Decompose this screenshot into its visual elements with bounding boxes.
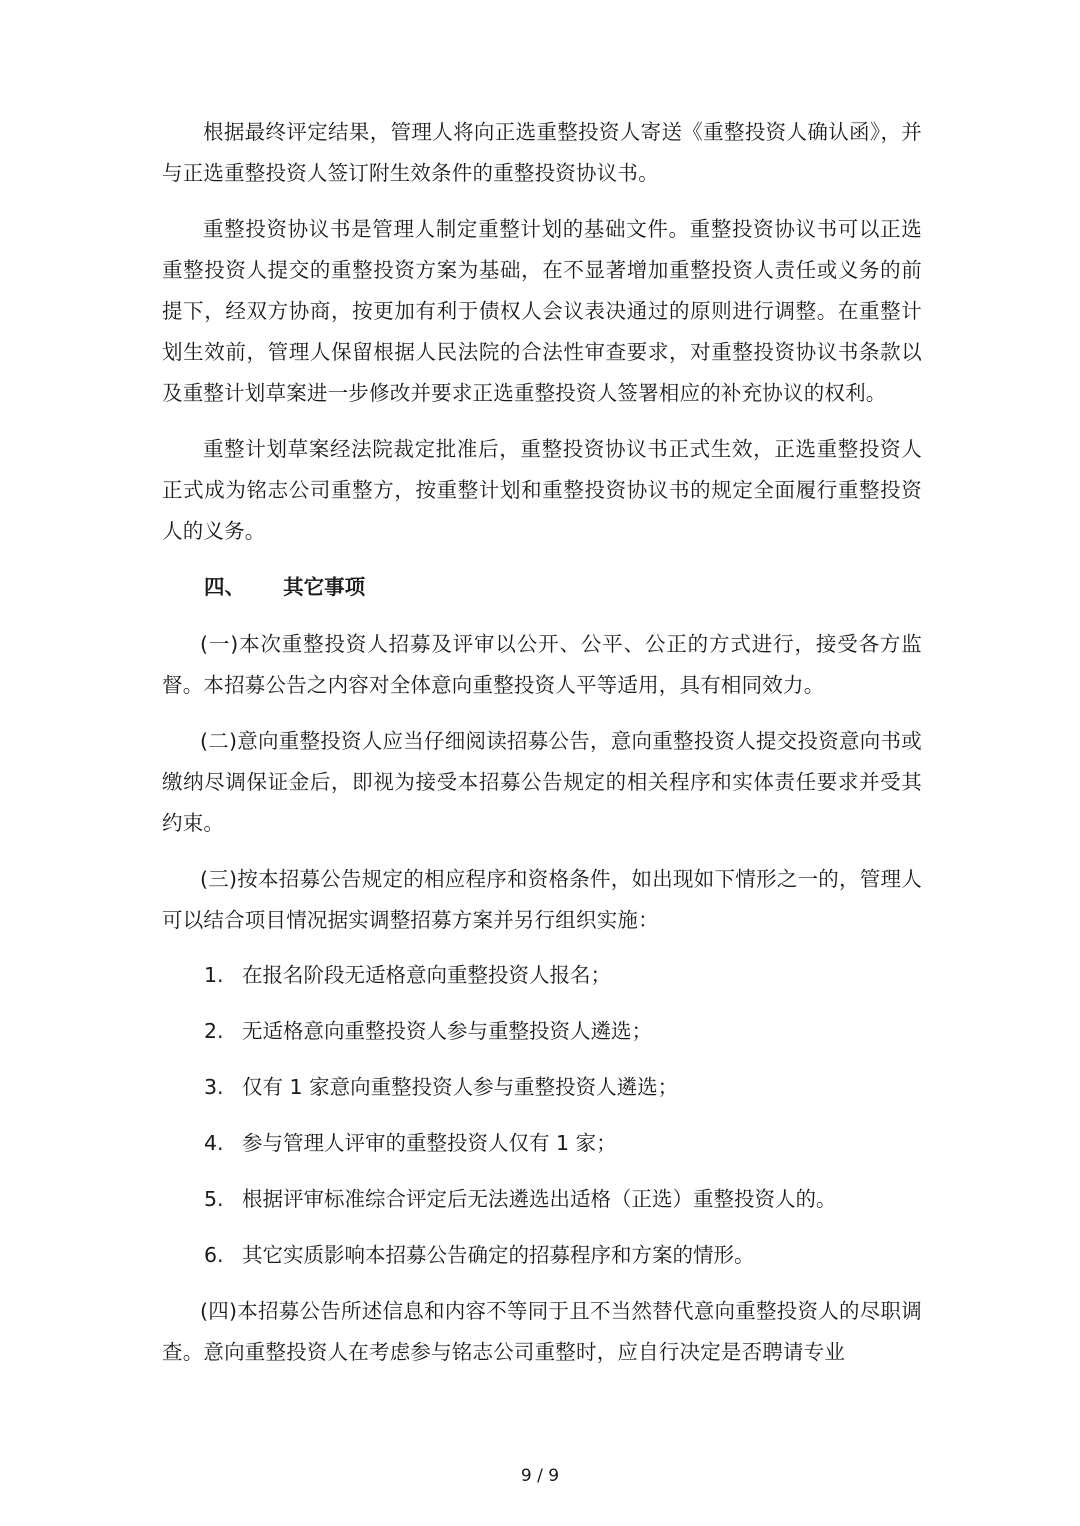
item-three: (三)按本招募公告规定的相应程序和资格条件，如出现如下情形之一的，管理人可以结合… [162, 859, 922, 941]
item-four: (四)本招募公告所述信息和内容不等同于且不当然替代意向重整投资人的尽职调查。意向… [162, 1291, 922, 1373]
list-text: 其它实质影响本招募公告确定的招募程序和方案的情形。 [242, 1235, 755, 1276]
list-item: 1. 在报名阶段无适格意向重整投资人报名； [162, 955, 922, 996]
page-number: 9 / 9 [0, 1466, 1080, 1486]
list-text: 无适格意向重整投资人参与重整投资人遴选； [242, 1011, 652, 1052]
item-two: (二)意向重整投资人应当仔细阅读招募公告，意向重整投资人提交投资意向书或缴纳尽调… [162, 721, 922, 844]
list-item: 4. 参与管理人评审的重整投资人仅有 1 家； [162, 1123, 922, 1164]
paragraph-confirmation-letter: 根据最终评定结果，管理人将向正选重整投资人寄送《重整投资人确认函》，并与正选重整… [162, 112, 922, 194]
list-index: 2. [204, 1011, 242, 1052]
item-one: (一)本次重整投资人招募及评审以公开、公平、公正的方式进行，接受各方监督。本招募… [162, 624, 922, 706]
list-item: 3. 仅有 1 家意向重整投资人参与重整投资人遴选； [162, 1067, 922, 1108]
paragraph-plan-approval: 重整计划草案经法院裁定批准后，重整投资协议书正式生效，正选重整投资人正式成为铭志… [162, 429, 922, 552]
situations-list: 1. 在报名阶段无适格意向重整投资人报名； 2. 无适格意向重整投资人参与重整投… [162, 955, 922, 1276]
list-index: 1. [204, 955, 242, 996]
paragraph-investment-agreement: 重整投资协议书是管理人制定重整计划的基础文件。重整投资协议书可以正选重整投资人提… [162, 209, 922, 414]
list-item: 2. 无适格意向重整投资人参与重整投资人遴选； [162, 1011, 922, 1052]
section-heading: 四、 其它事项 [162, 567, 922, 608]
section-number: 四、 [204, 567, 276, 608]
list-index: 5. [204, 1179, 242, 1220]
list-index: 3. [204, 1067, 242, 1108]
list-text: 仅有 1 家意向重整投资人参与重整投资人遴选； [242, 1067, 678, 1108]
list-item: 6. 其它实质影响本招募公告确定的招募程序和方案的情形。 [162, 1235, 922, 1276]
list-text: 在报名阶段无适格意向重整投资人报名； [242, 955, 611, 996]
list-text: 参与管理人评审的重整投资人仅有 1 家； [242, 1123, 617, 1164]
list-index: 6. [204, 1235, 242, 1276]
list-item: 5. 根据评审标准综合评定后无法遴选出适格（正选）重整投资人的。 [162, 1179, 922, 1220]
list-text: 根据评审标准综合评定后无法遴选出适格（正选）重整投资人的。 [242, 1179, 837, 1220]
document-page: 根据最终评定结果，管理人将向正选重整投资人寄送《重整投资人确认函》，并与正选重整… [162, 112, 922, 1388]
section-title: 其它事项 [283, 575, 365, 599]
list-index: 4. [204, 1123, 242, 1164]
